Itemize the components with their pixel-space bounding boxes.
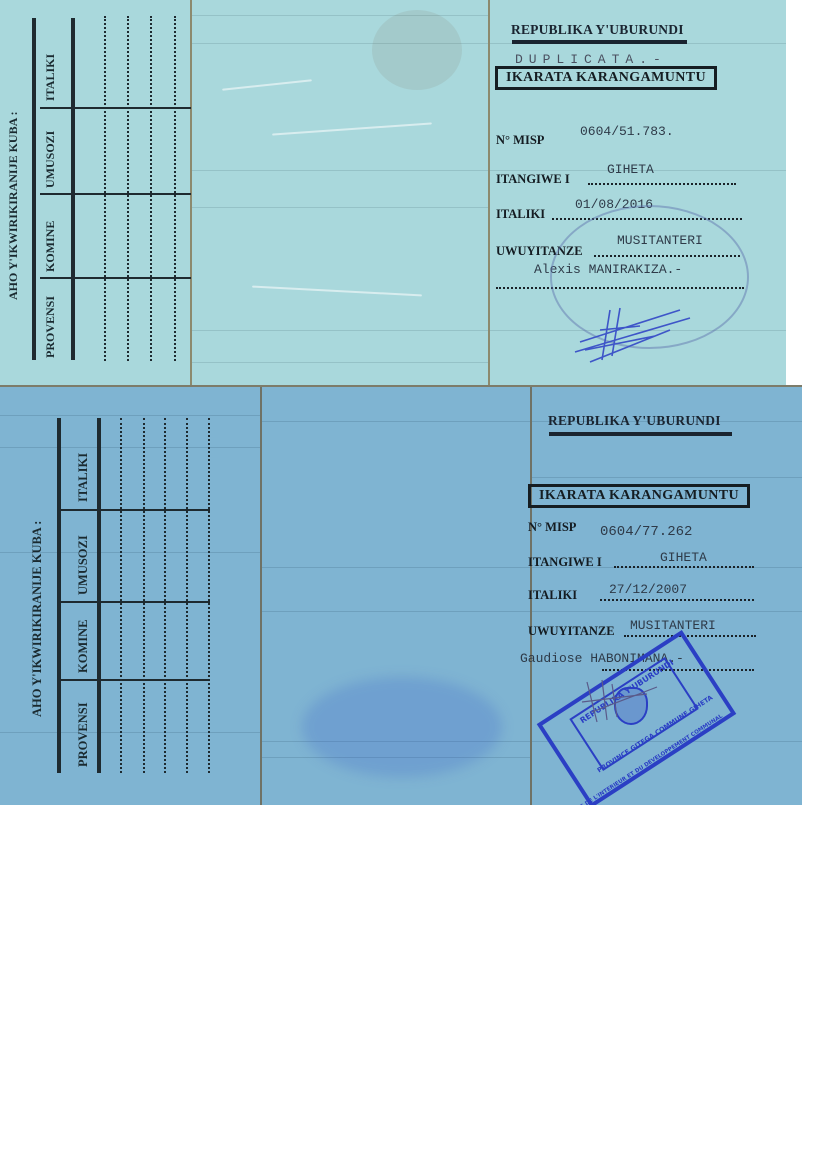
address-heading: AHO Y'IKWIRIKIRANIJE KUBA : xyxy=(30,521,45,717)
entry-line xyxy=(104,16,106,361)
date-label: ITALIKI xyxy=(496,207,545,222)
place-value: GIHETA xyxy=(660,550,707,565)
column-header-umusozi: UMUSOZI xyxy=(76,535,91,595)
column-divider xyxy=(40,107,191,109)
republic-title: REPUBLIKA Y'UBURUNDI xyxy=(548,413,721,429)
entry-line xyxy=(150,16,152,361)
misp-label: N° MISP xyxy=(496,133,544,148)
issuer-line xyxy=(624,635,756,637)
signature xyxy=(570,290,710,370)
duplicata-mark: DUPLICATA.- xyxy=(515,52,667,67)
card-title: IKARATA KARANGAMUNTU xyxy=(495,66,717,90)
entry-line xyxy=(208,418,210,773)
column-header-provensi: PROVENSI xyxy=(76,702,91,767)
date-value: 27/12/2007 xyxy=(609,582,687,597)
column-header-komine: KOMINE xyxy=(76,620,91,673)
column-divider xyxy=(40,277,191,279)
address-history-panel: AHO Y'IKWIRIKIRANIJE KUBA : PROVENSI KOM… xyxy=(0,387,262,805)
signature xyxy=(577,672,667,732)
table-border xyxy=(32,18,36,360)
column-header-provensi: PROVENSI xyxy=(43,296,58,358)
place-line xyxy=(588,183,736,185)
place-label: ITANGIWE I xyxy=(528,555,602,570)
misp-value: 0604/51.783. xyxy=(580,124,674,139)
column-header-komine: KOMINE xyxy=(43,221,58,272)
place-line xyxy=(614,566,754,568)
place-label: ITANGIWE I xyxy=(496,172,570,187)
table-border xyxy=(57,418,61,773)
title-underline xyxy=(512,40,687,44)
table-border xyxy=(71,18,75,360)
address-heading: AHO Y'IKWIRIKIRANIJE KUBA : xyxy=(6,111,21,300)
title-underline xyxy=(549,432,732,436)
entry-line xyxy=(127,16,129,361)
date-line xyxy=(600,599,754,601)
id-front-panel: REPUBLIKA Y'UBURUNDI DUPLICATA.- IKARATA… xyxy=(490,0,786,385)
misp-label: N° MISP xyxy=(528,520,576,535)
entry-line xyxy=(186,418,188,773)
column-divider xyxy=(40,193,191,195)
republic-title: REPUBLIKA Y'UBURUNDI xyxy=(511,22,684,38)
id-card-duplicate: AHO Y'IKWIRIKIRANIJE KUBA : PROVENSI KOM… xyxy=(0,0,786,385)
misp-value: 0604/77.262 xyxy=(600,524,692,540)
blank-panel xyxy=(192,0,490,385)
column-header-umusozi: UMUSOZI xyxy=(43,131,58,188)
entry-line xyxy=(120,418,122,773)
entry-line xyxy=(174,16,176,361)
date-label: ITALIKI xyxy=(528,588,577,603)
card-title: IKARATA KARANGAMUNTU xyxy=(528,484,750,508)
entry-line xyxy=(143,418,145,773)
blank-panel xyxy=(262,387,532,805)
issuer-label: UWUYITANZE xyxy=(528,624,615,639)
column-header-italiki: ITALIKI xyxy=(76,453,91,502)
id-front-panel: REPUBLIKA Y'UBURUNDI IKARATA KARANGAMUNT… xyxy=(532,387,802,805)
entry-line xyxy=(164,418,166,773)
table-border xyxy=(97,418,101,773)
place-value: GIHETA xyxy=(607,162,654,177)
address-history-panel: AHO Y'IKWIRIKIRANIJE KUBA : PROVENSI KOM… xyxy=(0,0,192,385)
issuer-value: MUSITANTERI xyxy=(630,618,716,633)
column-header-italiki: ITALIKI xyxy=(43,54,58,101)
id-card-original: AHO Y'IKWIRIKIRANIJE KUBA : PROVENSI KOM… xyxy=(0,385,802,805)
